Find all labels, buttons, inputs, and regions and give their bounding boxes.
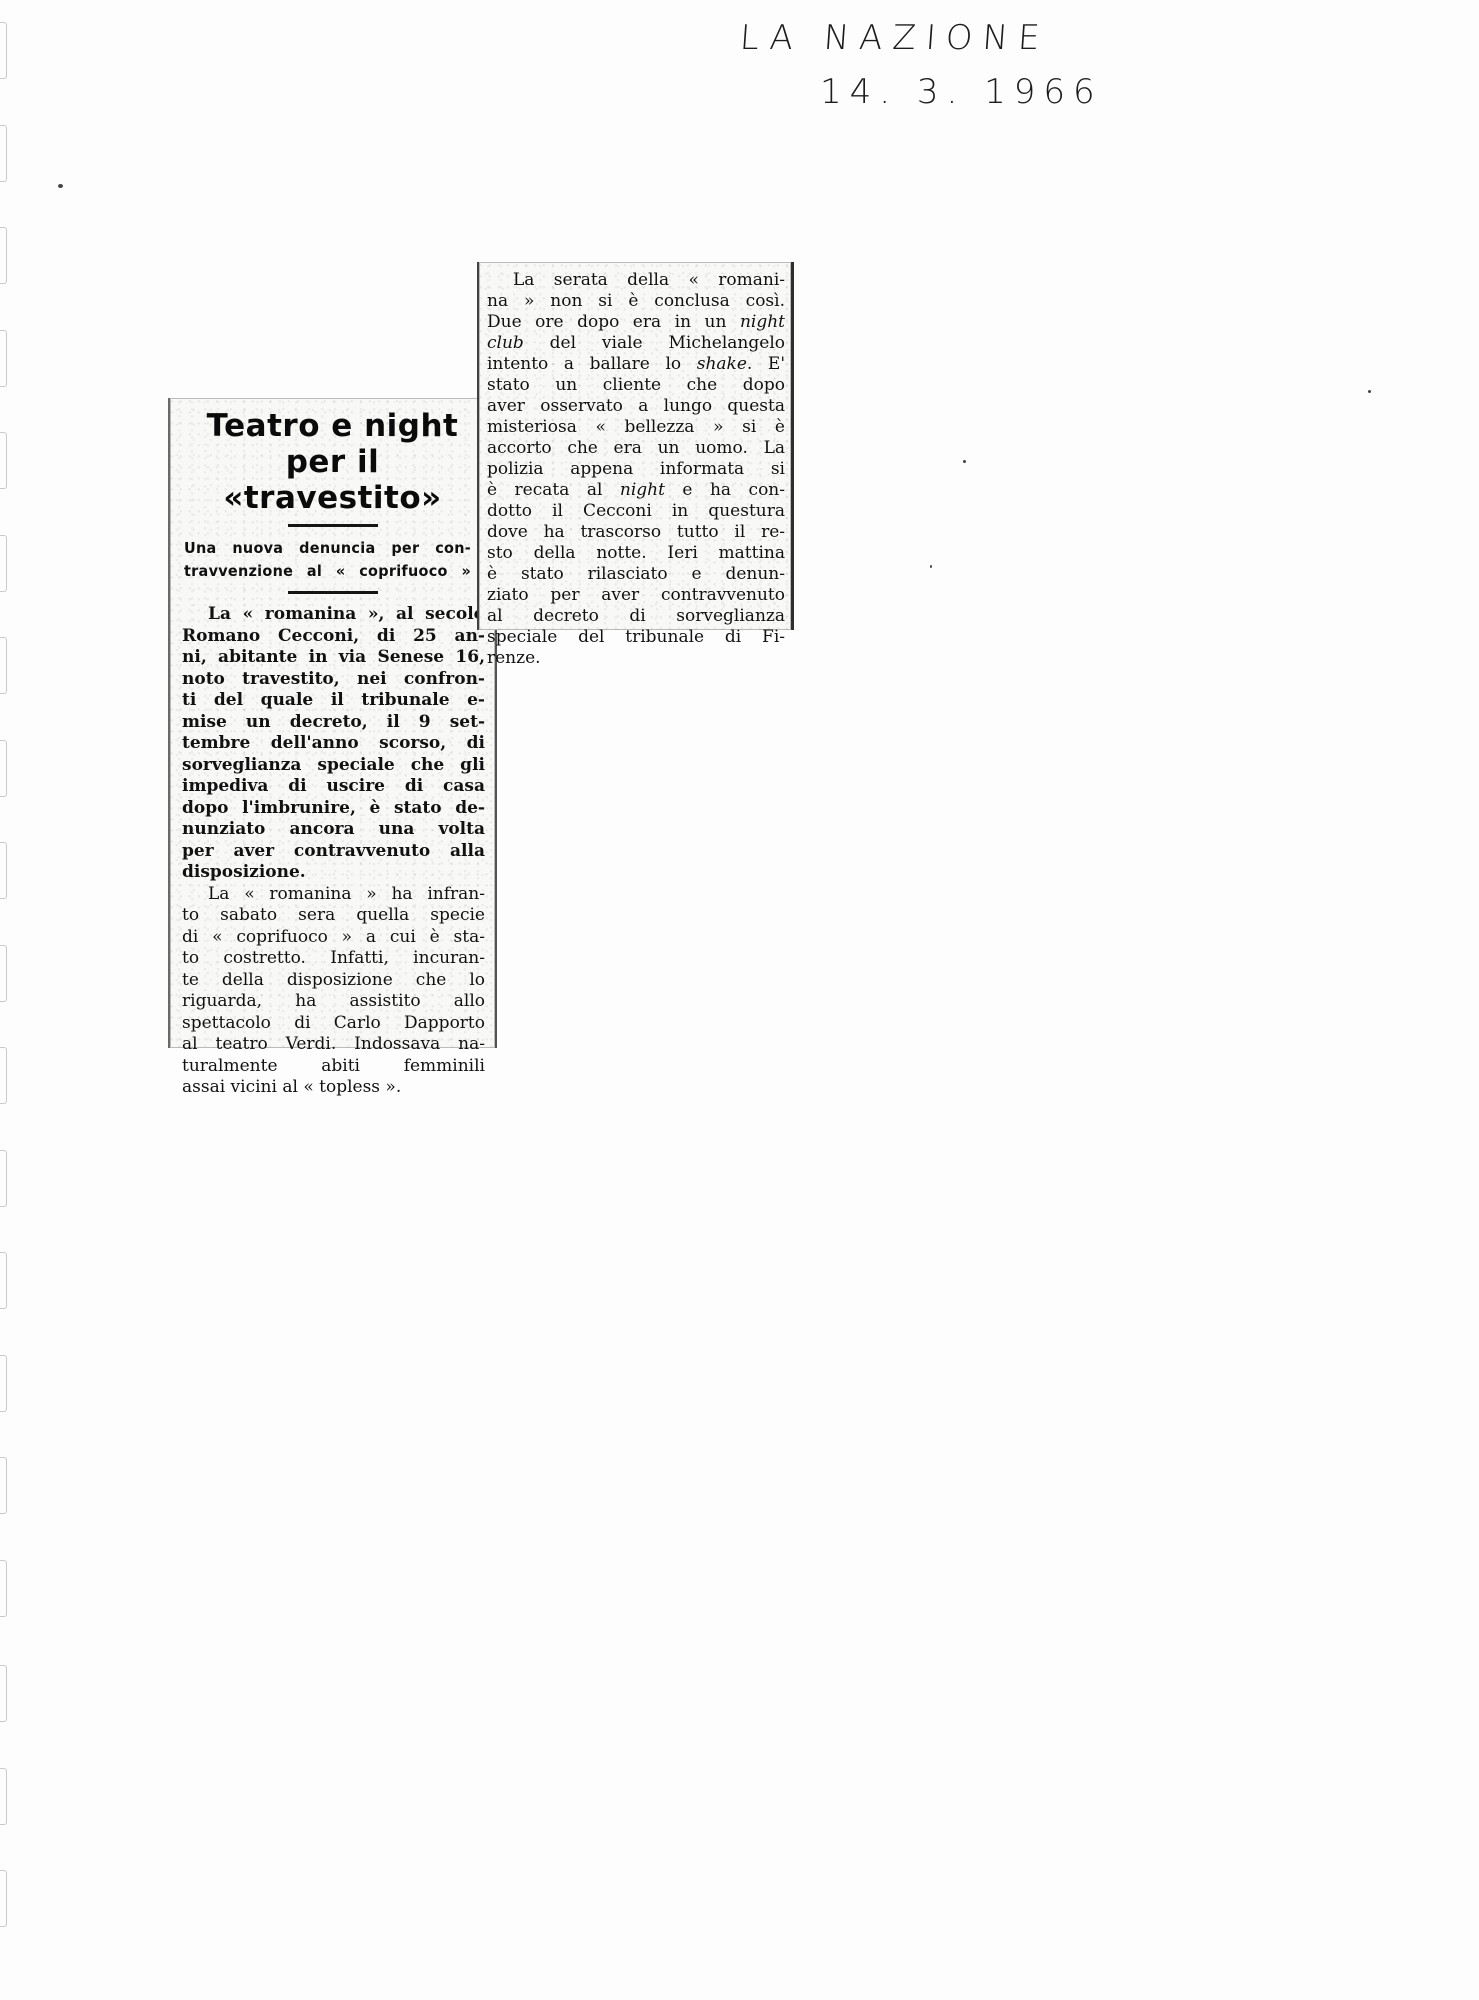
- text-line: sto della notte. Ieri mattina: [487, 543, 785, 564]
- text-line: La serata della « romani-: [487, 270, 785, 291]
- text-line: impediva di uscire di casa: [182, 776, 485, 798]
- text-line: è stato rilasciato e denun-: [487, 564, 785, 585]
- binding-mark: [0, 227, 7, 284]
- publication-date: 14. 3. 1966: [820, 72, 1140, 112]
- binding-mark: [0, 1150, 7, 1207]
- clipping-left-column: Teatro e night per il «travestito» Una n…: [168, 398, 497, 1048]
- text-line: speciale del tribunale di Fi-: [487, 627, 785, 648]
- headline-rule: [288, 524, 378, 527]
- binding-mark: [0, 22, 7, 79]
- text-line: assai vicini al « topless ».: [182, 1077, 485, 1099]
- text-line: ni, abitante in via Senese 16,: [182, 647, 485, 669]
- subhead-rule: [288, 591, 378, 594]
- text-line: dove ha trascorso tutto il re-: [487, 522, 785, 543]
- binding-mark: [0, 1768, 7, 1825]
- text-line: al decreto di sorveglianza: [487, 606, 785, 627]
- binding-mark: [0, 535, 7, 592]
- binding-mark: [0, 842, 7, 899]
- binding-mark: [0, 330, 7, 387]
- headline-line: Teatro e night: [178, 408, 487, 444]
- article-subheadline: Una nuova denuncia per con- travvenzione…: [184, 537, 471, 583]
- text-line: aver osservato a lungo questa: [487, 396, 785, 417]
- handwritten-annotation: LA NAZIONE 14. 3. 1966: [740, 18, 1140, 112]
- text-line: renze.: [487, 648, 785, 669]
- binding-mark: [0, 945, 7, 1002]
- headline-line: per il «travestito»: [178, 444, 487, 516]
- text-line: Due ore dopo era in un night: [487, 312, 785, 333]
- binding-mark: [0, 1870, 7, 1927]
- text-line: accorto che era un uomo. La: [487, 438, 785, 459]
- text-line: dopo l'imbrunire, è stato de-: [182, 798, 485, 820]
- text-line: club del viale Michelangelo: [487, 333, 785, 354]
- binding-mark: [0, 1665, 7, 1722]
- text-line: La « romanina », al secolo: [182, 604, 485, 626]
- text-line: mise un decreto, il 9 set-: [182, 712, 485, 734]
- subhead-line: travvenzione al « coprifuoco »: [184, 560, 471, 583]
- scan-speck: [963, 460, 966, 463]
- scan-speck: [58, 184, 63, 188]
- text-line: per aver contravvenuto alla: [182, 841, 485, 863]
- clipping-right-column: La serata della « romani- na » non si è …: [477, 262, 794, 630]
- binding-holes: [0, 0, 12, 2000]
- text-line: è recata al night e ha con-: [487, 480, 785, 501]
- text-line: sorveglianza speciale che gli: [182, 755, 485, 777]
- scan-speck: [930, 565, 932, 568]
- text-line: La « romanina » ha infran-: [182, 884, 485, 906]
- text-line: di « coprifuoco » a cui è sta-: [182, 927, 485, 949]
- text-line: to costretto. Infatti, incuran-: [182, 948, 485, 970]
- text-line: to sabato sera quella specie: [182, 905, 485, 927]
- text-line: riguarda, ha assistito allo: [182, 991, 485, 1013]
- subhead-line: Una nuova denuncia per con-: [184, 537, 471, 560]
- article-headline: Teatro e night per il «travestito»: [178, 408, 487, 516]
- text-line: ti del quale il tribunale e-: [182, 690, 485, 712]
- binding-mark: [0, 1560, 7, 1617]
- text-line: na » non si è conclusa così.: [487, 291, 785, 312]
- text-line: stato un cliente che dopo: [487, 375, 785, 396]
- text-line: dotto il Cecconi in questura: [487, 501, 785, 522]
- binding-mark: [0, 1047, 7, 1104]
- text-line: ziato per aver contravvenuto: [487, 585, 785, 606]
- text-line: disposizione.: [182, 862, 485, 884]
- paragraph-3: La serata della « romani- na » non si è …: [479, 262, 791, 669]
- binding-mark: [0, 637, 7, 694]
- text-line: noto travestito, nei confron-: [182, 669, 485, 691]
- text-line: misteriosa « bellezza » si è: [487, 417, 785, 438]
- text-line: spettacolo di Carlo Dapporto: [182, 1013, 485, 1035]
- binding-mark: [0, 1252, 7, 1309]
- text-line: te della disposizione che lo: [182, 970, 485, 992]
- text-line: turalmente abiti femminili: [182, 1056, 485, 1078]
- text-line: al teatro Verdi. Indossava na-: [182, 1034, 485, 1056]
- text-line: polizia appena informata si: [487, 459, 785, 480]
- binding-mark: [0, 125, 7, 182]
- text-line: intento a ballare lo shake. E': [487, 354, 785, 375]
- text-line: Romano Cecconi, di 25 an-: [182, 626, 485, 648]
- paragraph-1: La « romanina », al secolo Romano Ceccon…: [170, 604, 495, 884]
- binding-mark: [0, 432, 7, 489]
- text-line: nunziato ancora una volta: [182, 819, 485, 841]
- binding-mark: [0, 1355, 7, 1412]
- newspaper-source: LA NAZIONE: [739, 18, 1142, 58]
- scan-speck: [1368, 390, 1371, 393]
- paragraph-2: La « romanina » ha infran- to sabato ser…: [170, 884, 495, 1099]
- text-line: tembre dell'anno scorso, di: [182, 733, 485, 755]
- binding-mark: [0, 740, 7, 797]
- binding-mark: [0, 1457, 7, 1514]
